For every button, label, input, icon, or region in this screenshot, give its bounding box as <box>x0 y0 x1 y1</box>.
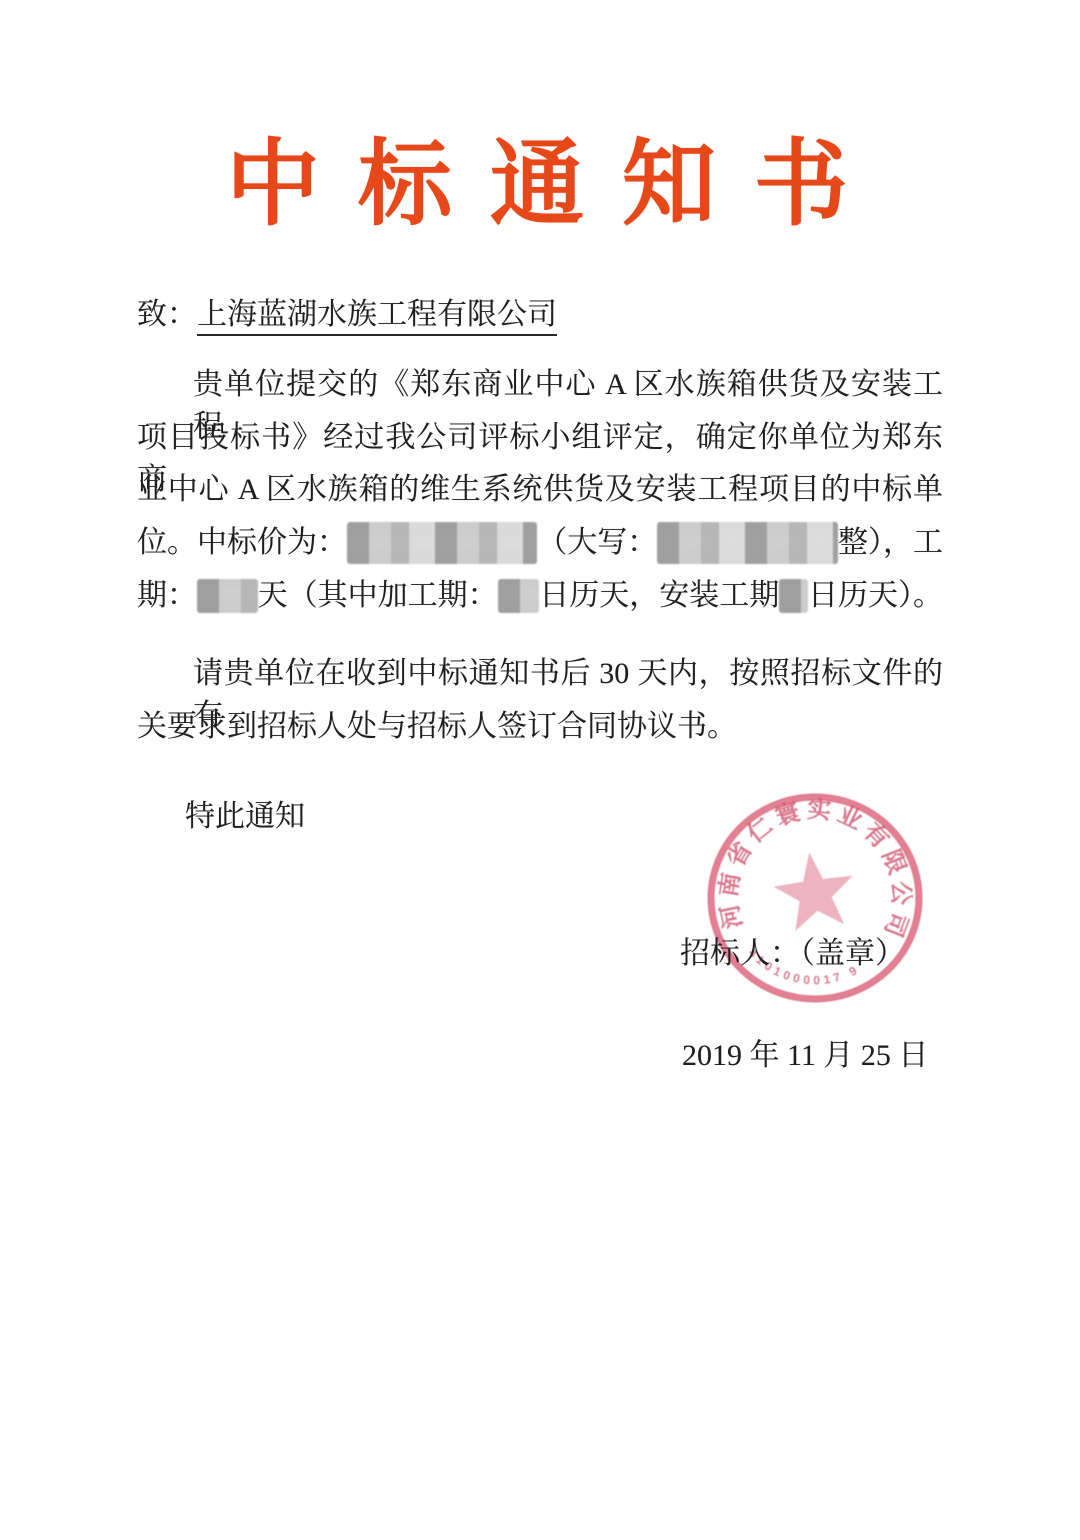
redaction-mosaic-block <box>197 579 258 613</box>
seal-star-icon <box>774 852 853 931</box>
title-char: 书 <box>754 130 848 240</box>
body-text-segment: 天（其中加工期： <box>258 575 498 617</box>
title-char: 知 <box>622 130 716 240</box>
title-char: 中 <box>226 130 320 240</box>
body-text-segment: 日历天，安装工期 <box>539 575 779 617</box>
body-text-segment: 整），工 <box>838 522 943 564</box>
body-text-segment: （大写： <box>537 522 657 564</box>
document-date: 2019 年 11 月 25 日 <box>682 1030 928 1074</box>
scanned-document-page: 中 标 通 知 书 致：上海蓝湖水族工程有限公司 贵单位提交的《郑东商业中心 A… <box>0 0 1080 1540</box>
document-title: 中 标 通 知 书 <box>226 130 848 240</box>
body-text-segment: 位。中标价为： <box>137 522 347 564</box>
company-seal-stamp: 河南省仁寰实业有限公司 4101000017 9 <box>690 778 940 1023</box>
body-paragraph1-line3: 业中心 A 区水族箱的维生系统供货及安装工程项目的中标单 <box>137 469 943 511</box>
recipient-company-name: 上海蓝湖水族工程有限公司 <box>197 298 557 336</box>
redaction-mosaic-block <box>347 522 537 564</box>
body-paragraph1-line5-redacted: 期：天（其中加工期：日历天，安装工期日历天）。 <box>137 575 943 617</box>
recipient-line: 致：上海蓝湖水族工程有限公司 <box>137 294 943 336</box>
redaction-mosaic-block <box>498 579 540 613</box>
tenderer-signature-label: 招标人：（盖章） <box>680 928 905 972</box>
body-text-segment: 期： <box>137 575 197 617</box>
recipient-label: 致： <box>137 298 197 331</box>
body-paragraph1-line4-redacted: 位。中标价为：（大写：整），工 <box>137 522 943 564</box>
title-char: 标 <box>358 130 452 240</box>
title-char: 通 <box>490 130 584 240</box>
redaction-mosaic-block <box>779 579 808 613</box>
redaction-mosaic-block <box>657 522 838 564</box>
body-paragraph2-line2: 关要求到招标人处与招标人签订合同协议书。 <box>137 706 943 748</box>
body-text-segment: 日历天）。 <box>808 575 943 617</box>
